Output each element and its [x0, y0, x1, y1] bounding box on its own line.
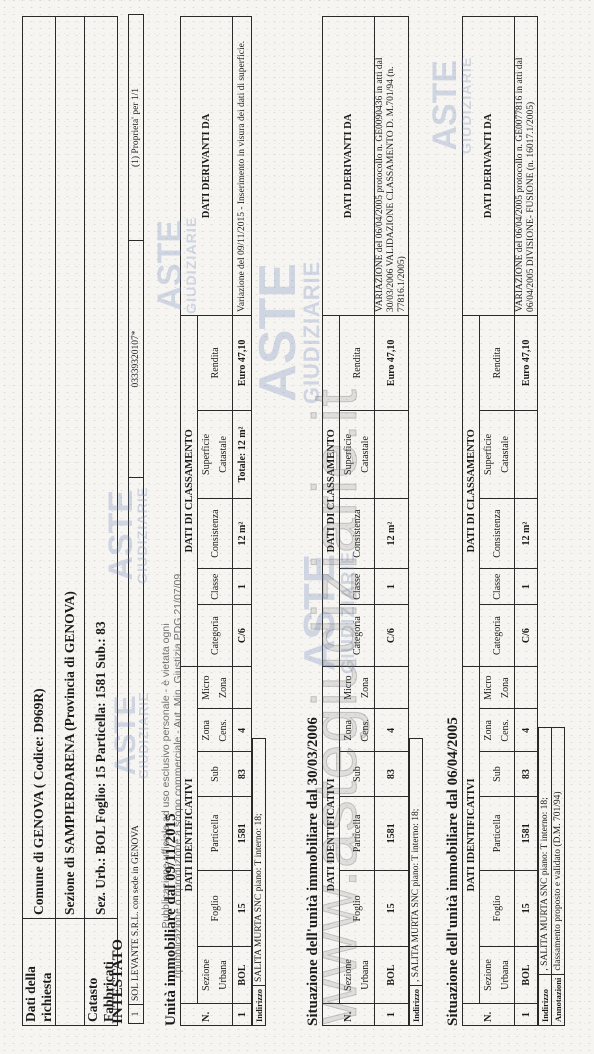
cell-particella: 1581: [375, 796, 409, 870]
cell-derivanti: Variazione del 09/11/2015 - Inserimento …: [233, 17, 252, 316]
cell-zona: 4: [233, 709, 252, 752]
cell-sub: 83: [233, 752, 252, 797]
cell-micro: [515, 666, 538, 709]
cell-foglio: 15: [233, 870, 252, 946]
annotazioni-value: classamento proposto e validato (D.M. 70…: [552, 727, 565, 974]
cell-categoria: C/6: [233, 605, 252, 666]
owner-row: 1 SOL LEVANTE S.R.L. con sede in GENOVA …: [129, 15, 144, 1024]
indirizzo-label: Indirizzo: [539, 974, 552, 1025]
cell-n: 1: [515, 1004, 538, 1026]
unit-table: N. DATI IDENTIFICATIVI DATI DI CLASSAMEN…: [462, 16, 538, 1026]
unit-table: N. DATI IDENTIFICATIVI DATI DI CLASSAMEN…: [180, 16, 252, 1026]
cell-micro: [375, 666, 409, 709]
visura-catastale-page: Dati della richiesta Comune di GENOVA ( …: [0, 0, 594, 1054]
col-foglio: Foglio: [198, 870, 233, 946]
cell-sezione: BOL: [233, 946, 252, 1003]
col-categoria: Categoria: [198, 605, 233, 666]
cell-superficie: [375, 410, 409, 499]
cell-consistenza: 12 m²: [375, 499, 409, 569]
col-zona: ZonaCens.: [198, 709, 233, 752]
cell-consistenza: 12 m²: [233, 499, 252, 569]
cell-superficie: [515, 410, 538, 499]
owner-codice-fiscale: 03339320107*: [129, 241, 144, 478]
table-row: 1 BOL 15 1581 83 4 C/6 1 12 m² Euro 47,1…: [375, 17, 409, 1026]
col-sezione: SezioneUrbana: [198, 946, 233, 1003]
publication-notice: Pubblicazione ufficiale ad uso esclusivo…: [160, 496, 184, 1054]
cell-foglio: 15: [375, 870, 409, 946]
cell-classe: 1: [375, 568, 409, 604]
cell-sub: 83: [375, 752, 409, 797]
cell-sezione: BOL: [375, 946, 409, 1003]
col-superficie: SuperficieCatastale: [480, 410, 515, 499]
col-rendita: Rendita: [198, 315, 233, 410]
cell-rendita: Euro 47,10: [515, 315, 538, 410]
cell-consistenza: 12 m²: [515, 499, 538, 569]
cell-rendita: Euro 47,10: [375, 315, 409, 410]
owners-table: 1 SOL LEVANTE S.R.L. con sede in GENOVA …: [128, 14, 144, 1024]
col-consistenza: Consistenza: [198, 499, 233, 569]
intestato-title: INTESTATO: [110, 939, 127, 1024]
owner-name: SOL LEVANTE S.R.L. con sede in GENOVA: [129, 478, 144, 1005]
cell-foglio: 15: [515, 870, 538, 946]
col-particella: Particella: [198, 796, 233, 870]
cell-sub: 83: [515, 752, 538, 797]
section-title: Situazione dell'unità immobiliare dal 06…: [445, 16, 462, 1026]
cell-micro: [233, 666, 252, 709]
cell-categoria: C/6: [515, 605, 538, 666]
col-n: N.: [463, 1004, 515, 1026]
table-row: 1 BOL 15 1581 83 4 C/6 1 12 m² Euro 47,1…: [515, 17, 538, 1026]
group-deriv: DATI DERIVANTI DA: [181, 17, 233, 316]
owner-right: (1) Proprieta' per 1/1: [129, 15, 144, 241]
col-n: N.: [181, 1004, 233, 1026]
indirizzo-value: SALITA MURTA SNC piano: T interno: 18;: [253, 738, 266, 985]
cell-superficie: Totale: 12 m²: [233, 410, 252, 499]
col-particella: Particella: [480, 796, 515, 870]
annotazioni-label: Annotazioni: [552, 974, 565, 1025]
indirizzo-value: , SALITA MURTA SNC piano: T interno: 18;: [410, 738, 423, 985]
cell-particella: 1581: [233, 796, 252, 870]
col-sub: Sub: [480, 752, 515, 797]
col-consistenza: Consistenza: [480, 499, 515, 569]
cell-rendita: Euro 47,10: [233, 315, 252, 410]
col-micro: MicroZona: [480, 666, 515, 709]
address-table: Indirizzo , SALITA MURTA SNC piano: T in…: [409, 16, 423, 1026]
col-zona: ZonaCens.: [480, 709, 515, 752]
request-header: Dati della richiesta Comune di GENOVA ( …: [22, 16, 118, 1026]
cell-classe: 1: [233, 568, 252, 604]
indirizzo-value: , SALITA MURTA SNC piano: T interno: 18;: [539, 727, 552, 974]
cell-zona: 4: [375, 709, 409, 752]
cell-classe: 1: [515, 568, 538, 604]
cell-derivanti: VARIAZIONE del 06/04/2005 protocollo n. …: [375, 17, 409, 316]
col-micro: MicroZona: [198, 666, 233, 709]
indirizzo-label: Indirizzo: [253, 985, 266, 1025]
site-watermark: www.astegiudiziarie.it: [300, 387, 371, 1024]
col-classe: Classe: [480, 568, 515, 604]
sezione-value: Sezione di SAMPIERDARENA (Provincia di G…: [56, 17, 85, 919]
col-sub: Sub: [198, 752, 233, 797]
identificativo-value: Sez. Urb.: BOL Foglio: 15 Particella: 15…: [85, 17, 118, 919]
col-rendita: Rendita: [480, 315, 515, 410]
cell-sezione: BOL: [515, 946, 538, 1003]
col-sezione: SezioneUrbana: [480, 946, 515, 1003]
cell-particella: 1581: [515, 796, 538, 870]
owner-number: 1: [129, 1005, 144, 1024]
indirizzo-label: Indirizzo: [410, 985, 423, 1025]
cell-derivanti: VARIAZIONE del 06/04/2005 protocollo n. …: [515, 17, 538, 316]
cell-n: 1: [375, 1004, 409, 1026]
col-superficie: SuperficieCatastale: [198, 410, 233, 499]
address-table: Indirizzo SALITA MURTA SNC piano: T inte…: [252, 16, 266, 1026]
group-deriv: DATI DERIVANTI DA: [323, 17, 375, 316]
address-table: Indirizzo , SALITA MURTA SNC piano: T in…: [538, 16, 565, 1026]
cell-zona: 4: [515, 709, 538, 752]
group-class: DATI DI CLASSAMENTO: [463, 315, 480, 666]
cell-n: 1: [233, 1004, 252, 1026]
col-classe: Classe: [198, 568, 233, 604]
group-deriv: DATI DERIVANTI DA: [463, 17, 515, 316]
section-3: Situazione dell'unità immobiliare dal 06…: [445, 16, 565, 1026]
comune-value: Comune di GENOVA ( Codice: D969R): [23, 17, 56, 919]
group-ident: DATI IDENTIFICATIVI: [463, 666, 480, 1003]
table-row: 1 BOL 15 1581 83 4 C/6 1 12 m² Totale: 1…: [233, 17, 252, 1026]
cell-categoria: C/6: [375, 605, 409, 666]
request-label: Dati della richiesta: [23, 919, 56, 1026]
col-categoria: Categoria: [480, 605, 515, 666]
col-foglio: Foglio: [480, 870, 515, 946]
